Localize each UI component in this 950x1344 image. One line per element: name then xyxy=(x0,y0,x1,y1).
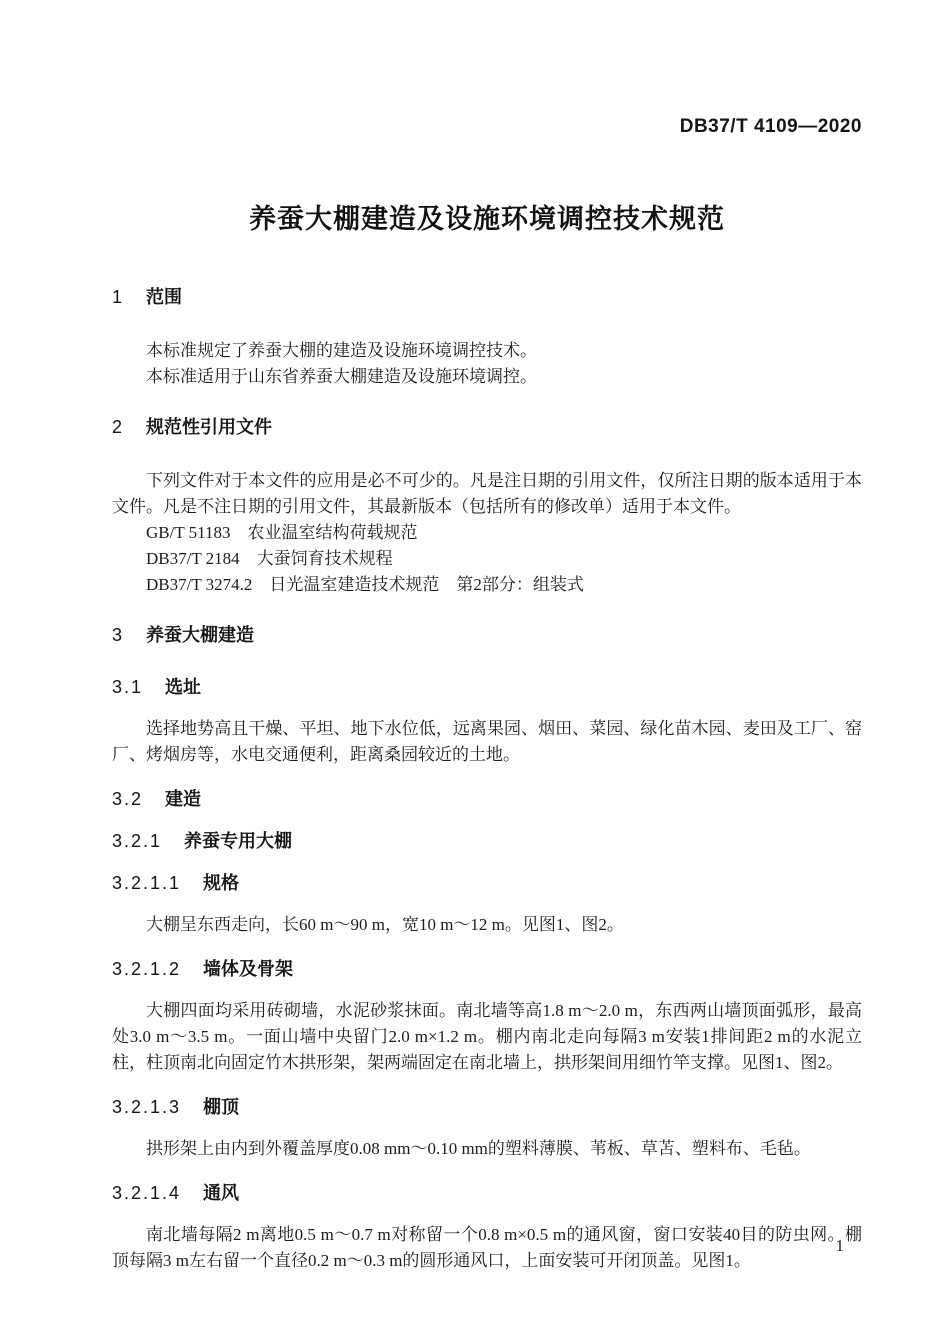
page-number: 1 xyxy=(836,1236,845,1256)
section-number: 3.2.1.4 xyxy=(112,1183,181,1203)
section-heading-3-2-1-1: 3.2.1.1规格 xyxy=(112,872,862,894)
section-title: 规范性引用文件 xyxy=(146,417,272,437)
section-title: 选址 xyxy=(165,677,201,697)
standard-code: DB37/T 4109—2020 xyxy=(680,116,862,137)
paragraph-scope-2: 本标准适用于山东省养蚕大棚建造及设施环境调控。 xyxy=(112,364,862,390)
section-heading-3-2-1-3: 3.2.1.3棚顶 xyxy=(112,1096,862,1118)
section-number: 1 xyxy=(112,287,124,307)
document-page: DB37/T 4109—2020 养蚕大棚建造及设施环境调控技术规范 1范围 本… xyxy=(0,0,950,1344)
section-title: 范围 xyxy=(146,287,182,307)
paragraph-scope-1: 本标准规定了养蚕大棚的建造及设施环境调控技术。 xyxy=(112,338,862,364)
paragraph-specifications: 大棚呈东西走向，长60 m～90 m，宽10 m～12 m。见图1、图2。 xyxy=(112,912,862,938)
section-title: 建造 xyxy=(165,789,201,809)
reference-item: DB37/T 3274.2 日光温室建造技术规范 第2部分：组装式 xyxy=(112,572,862,598)
paragraph-roof: 拱形架上由内到外覆盖厚度0.08 mm～0.10 mm的塑料薄膜、苇板、草苫、塑… xyxy=(112,1136,862,1162)
section-heading-3-2: 3.2建造 xyxy=(112,788,862,810)
section-title: 棚顶 xyxy=(203,1097,239,1117)
section-title: 养蚕大棚建造 xyxy=(146,625,254,645)
section-number: 3.2 xyxy=(112,789,143,809)
section-heading-3-2-1-2: 3.2.1.2墙体及骨架 xyxy=(112,958,862,980)
reference-item: GB/T 51183 农业温室结构荷载规范 xyxy=(112,520,862,546)
paragraph-site-selection: 选择地势高且干燥、平坦、地下水位低，远离果园、烟田、菜园、绿化苗木园、麦田及工厂… xyxy=(112,716,862,768)
paragraph-walls-frame: 大棚四面均采用砖砌墙，水泥砂浆抹面。南北墙等高1.8 m～2.0 m，东西两山墙… xyxy=(112,998,862,1076)
document-header: DB37/T 4109—2020 xyxy=(112,116,862,138)
section-number: 3.2.1.2 xyxy=(112,959,181,979)
reference-list: GB/T 51183 农业温室结构荷载规范 DB37/T 2184 大蚕饲育技术… xyxy=(112,520,862,598)
section-title: 通风 xyxy=(203,1183,239,1203)
section-number: 3.2.1 xyxy=(112,831,162,851)
paragraph-ventilation: 南北墙每隔2 m离地0.5 m～0.7 m对称留一个0.8 m×0.5 m的通风… xyxy=(112,1222,862,1274)
document-title: 养蚕大棚建造及设施环境调控技术规范 xyxy=(112,202,862,236)
section-heading-3-2-1: 3.2.1养蚕专用大棚 xyxy=(112,830,862,852)
section-heading-3-1: 3.1选址 xyxy=(112,676,862,698)
section-number: 3.2.1.3 xyxy=(112,1097,181,1117)
reference-item: DB37/T 2184 大蚕饲育技术规程 xyxy=(112,546,862,572)
section-heading-3-2-1-4: 3.2.1.4通风 xyxy=(112,1182,862,1204)
section-number: 3 xyxy=(112,625,124,645)
section-heading-3: 3养蚕大棚建造 xyxy=(112,624,862,646)
section-number: 3.1 xyxy=(112,677,143,697)
section-heading-2: 2规范性引用文件 xyxy=(112,416,862,438)
section-heading-1: 1范围 xyxy=(112,286,862,308)
section-title: 墙体及骨架 xyxy=(203,959,293,979)
paragraph-references-intro: 下列文件对于本文件的应用是必不可少的。凡是注日期的引用文件，仅所注日期的版本适用… xyxy=(112,468,862,520)
section-title: 养蚕专用大棚 xyxy=(184,831,292,851)
section-number: 3.2.1.1 xyxy=(112,873,181,893)
section-number: 2 xyxy=(112,417,124,437)
section-title: 规格 xyxy=(203,873,239,893)
